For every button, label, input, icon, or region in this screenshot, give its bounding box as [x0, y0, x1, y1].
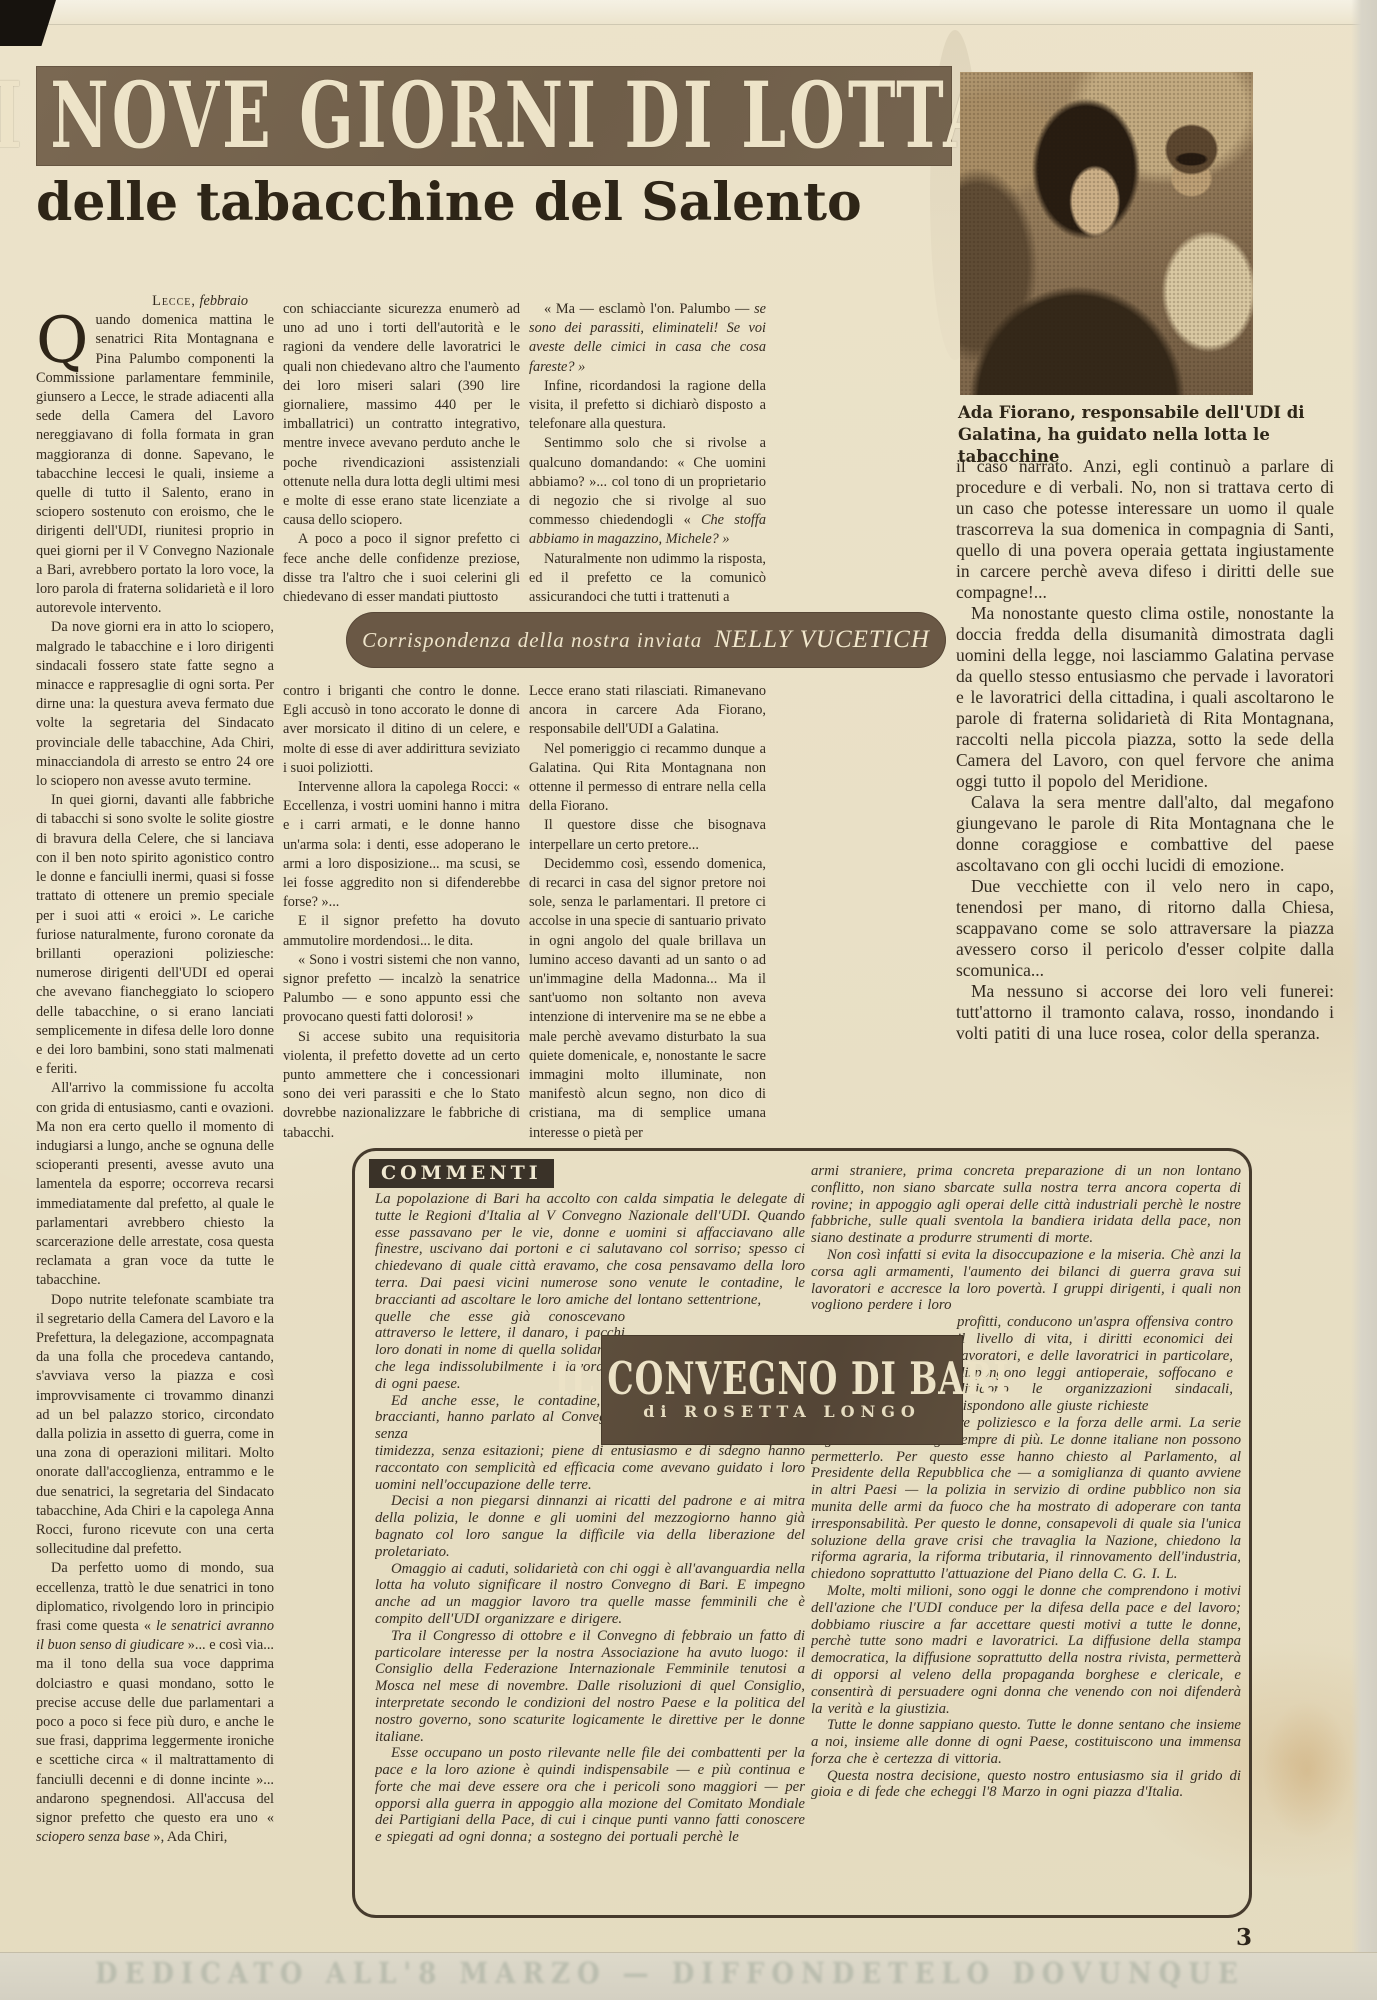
quote-italic: sciopero senza base	[36, 1829, 150, 1845]
commenti-label: COMMENTI	[369, 1159, 554, 1188]
headline-title: I NOVE GIORNI DI LOTTA	[0, 63, 996, 170]
paragraph: Naturalmente non udimmo la risposta, ed …	[529, 550, 766, 608]
page-number: 3	[1236, 1924, 1252, 1951]
paragraph: timidezza, senza esitazioni; piene di en…	[375, 1443, 805, 1493]
paragraph: All'arrivo la commissione fu accolta con…	[36, 1079, 274, 1290]
paper-stain	[1262, 1700, 1352, 1840]
paragraph: Decisi a non piegarsi dinnanzi ai ricatt…	[375, 1493, 805, 1560]
commenti-left-column: La popolazione di Bari ha accolto con ca…	[375, 1191, 805, 1897]
newspaper-page: I NOVE GIORNI DI LOTTA delle tabacchine …	[0, 0, 1377, 2000]
paragraph: E il signor prefetto ha dovuto ammutolir…	[283, 912, 520, 950]
paragraph: Molte, molti milioni, sono oggi le donne…	[811, 1583, 1241, 1717]
paragraph: Ma nessuno si accorse dei loro veli fune…	[956, 981, 1334, 1044]
paragraph: Dopo nutrite telefonate scambiate tra il…	[36, 1291, 274, 1560]
paragraph: Questa nostra decisione, questo nostro e…	[811, 1768, 1241, 1802]
paragraph: « Ma — esclamò l'on. Palumbo — se sono d…	[529, 300, 766, 377]
paragraph: con schiacciante sicurezza enumerò ad un…	[283, 300, 520, 530]
paragraph-text: », Ada Chiri,	[150, 1829, 227, 1845]
paragraph: Si accese subito una requisitoria violen…	[283, 1028, 520, 1143]
article-column-2-lower: contro i briganti che contro le donne. E…	[283, 682, 520, 1144]
paragraph: Il questore disse che bisognava interpel…	[529, 816, 766, 854]
headline-banner: I NOVE GIORNI DI LOTTA	[36, 66, 952, 166]
scan-edge-right	[1351, 0, 1377, 2000]
paragraph-text: »... e così via... ma il tono della sua …	[36, 1637, 274, 1826]
paragraph: contro i briganti che contro le donne. E…	[283, 682, 520, 778]
dropcap-letter: Q	[36, 311, 95, 367]
correspondent-banner: Corrispondenza della nostra inviata NELL…	[346, 612, 946, 668]
bleed-through-text: DEDICATO ALL'8 MARZO — DIFFONDETELO DOVU…	[95, 1956, 1075, 1991]
paragraph: Non così infatti si evita la disoccupazi…	[811, 1247, 1241, 1314]
paragraph: In quei giorni, davanti alle fabbriche d…	[36, 791, 274, 1079]
paragraph: Decidemmo così, essendo domenica, di rec…	[529, 855, 766, 1143]
photo-ada-fiorano	[960, 72, 1253, 395]
commenti-box: COMMENTI La popolazione di Bari ha accol…	[352, 1148, 1252, 1918]
scan-edge-top	[0, 0, 1377, 25]
article-column-1: Lecce, febbraio Quando domenica mattina …	[36, 292, 274, 1940]
paragraph: Calava la sera mentre dall'alto, dal meg…	[956, 792, 1334, 876]
scan-corner-mark	[0, 0, 56, 46]
correspondent-banner-prefix: Corrispondenza della nostra inviata	[362, 628, 702, 653]
dateline-date: febbraio	[200, 293, 248, 309]
paragraph: Tutte le donne sappiano questo. Tutte le…	[811, 1717, 1241, 1767]
paragraph: Ma nonostante questo clima ostile, nonos…	[956, 603, 1334, 792]
paragraph: Quando domenica mattina le senatrici Rit…	[36, 311, 274, 618]
paragraph: armi straniere, prima concreta preparazi…	[811, 1163, 1241, 1247]
paragraph: Due vecchiette con il velo nero in capo,…	[956, 876, 1334, 981]
paragraph: Lecce erano stati rilasciati. Rimanevano…	[529, 682, 766, 740]
paragraph: Sentimmo solo che si rivolse a qualcuno …	[529, 434, 766, 549]
paragraph: Omaggio ai caduti, solidarietà con chi o…	[375, 1561, 805, 1628]
article-column-3-lower: Lecce erano stati rilasciati. Rimanevano…	[529, 682, 766, 1144]
paragraph: La popolazione di Bari ha accolto con ca…	[375, 1191, 805, 1309]
convegno-byline: di ROSETTA LONGO	[643, 1402, 921, 1421]
article-column-3-upper: « Ma — esclamò l'on. Palumbo — se sono d…	[529, 300, 766, 608]
paragraph: Da nove giorni era in atto lo sciopero, …	[36, 618, 274, 791]
paragraph: il caso narrato. Anzi, egli continuò a p…	[956, 456, 1334, 603]
paragraph: Tra il Congresso di ottobre e il Convegn…	[375, 1628, 805, 1746]
paragraph: A poco a poco il signor prefetto ci fece…	[283, 530, 520, 607]
headline-subtitle: delle tabacchine del Salento	[36, 170, 796, 236]
convegno-title: IL CONVEGNO DI BARI	[554, 1352, 1010, 1405]
correspondent-name: NELLY VUCETICH	[714, 626, 930, 654]
paragraph: Intervenne allora la capolega Rocci: « E…	[283, 778, 520, 912]
article-column-right: il caso narrato. Anzi, egli continuò a p…	[956, 456, 1334, 1146]
article-column-2-upper: con schiacciante sicurezza enumerò ad un…	[283, 300, 520, 610]
commenti-right-column: armi straniere, prima concreta preparazi…	[811, 1163, 1241, 1903]
paragraph: Infine, ricordandosi la ragione della vi…	[529, 377, 766, 435]
paragraph-text: « Ma — esclamò l'on. Palumbo —	[544, 301, 754, 317]
convegno-banner: IL CONVEGNO DI BARI di ROSETTA LONGO	[601, 1335, 963, 1445]
dateline-place: Lecce,	[152, 293, 196, 309]
paragraph: Esse occupano un posto rilevante nelle f…	[375, 1745, 805, 1846]
paragraph: Da perfetto uomo di mondo, sua eccellenz…	[36, 1559, 274, 1847]
paragraph: « Sono i vostri sistemi che non vanno, s…	[283, 951, 520, 1028]
paragraph: Nel pomeriggio ci recammo dunque a Galat…	[529, 740, 766, 817]
